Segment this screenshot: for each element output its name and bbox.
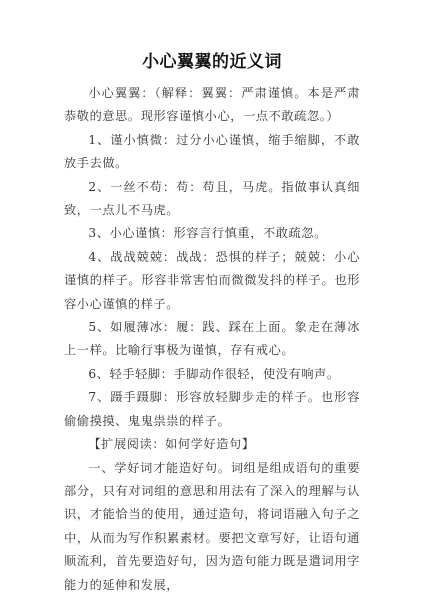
paragraph-synonym-5: 5、如履薄冰：履：践、踩在上面。象走在薄冰上一样。比喻行事极为谨慎，存有戒心。 (64, 316, 360, 363)
paragraph-synonym-1: 1、谨小慎微：过分小心谨慎，缩手缩脚，不敢放手去做。 (64, 129, 360, 176)
document-page: 小心翼翼的近义词 小心翼翼：（解释：翼翼：严肃谨慎。本是严肃恭敬的意思。现形容谨… (0, 0, 424, 600)
document-body: 小心翼翼：（解释：翼翼：严肃谨慎。本是严肃恭敬的意思。现形容谨慎小心，一点不敢疏… (64, 82, 360, 597)
paragraph-synonym-2: 2、一丝不苟：苟：苟且，马虎。指做事认真细致，一点儿不马虎。 (64, 176, 360, 223)
paragraph-synonym-7: 7、蹑手蹑脚：形容放轻脚步走的样子。也形容偷偷摸摸、鬼鬼祟祟的样子。 (64, 386, 360, 433)
paragraph-extended-reading-1: 一、学好词才能造好句。词组是组成语句的重要部分，只有对词组的意思和用法有了深入的… (64, 457, 360, 597)
paragraph-synonym-4: 4、战战兢兢：战战：恐惧的样子；兢兢：小心谨慎的样子。形容非常害怕而微微发抖的样… (64, 246, 360, 316)
paragraph-synonym-6: 6、轻手轻脚：手脚动作很轻，使没有响声。 (64, 363, 360, 386)
paragraph-definition: 小心翼翼：（解释：翼翼：严肃谨慎。本是严肃恭敬的意思。现形容谨慎小心，一点不敢疏… (64, 82, 360, 129)
document-title: 小心翼翼的近义词 (0, 50, 424, 74)
paragraph-synonym-3: 3、小心谨慎：形容言行慎重，不敢疏忽。 (64, 222, 360, 245)
section-heading-extended-reading: 【扩展阅读：如何学好造句】 (64, 433, 360, 456)
